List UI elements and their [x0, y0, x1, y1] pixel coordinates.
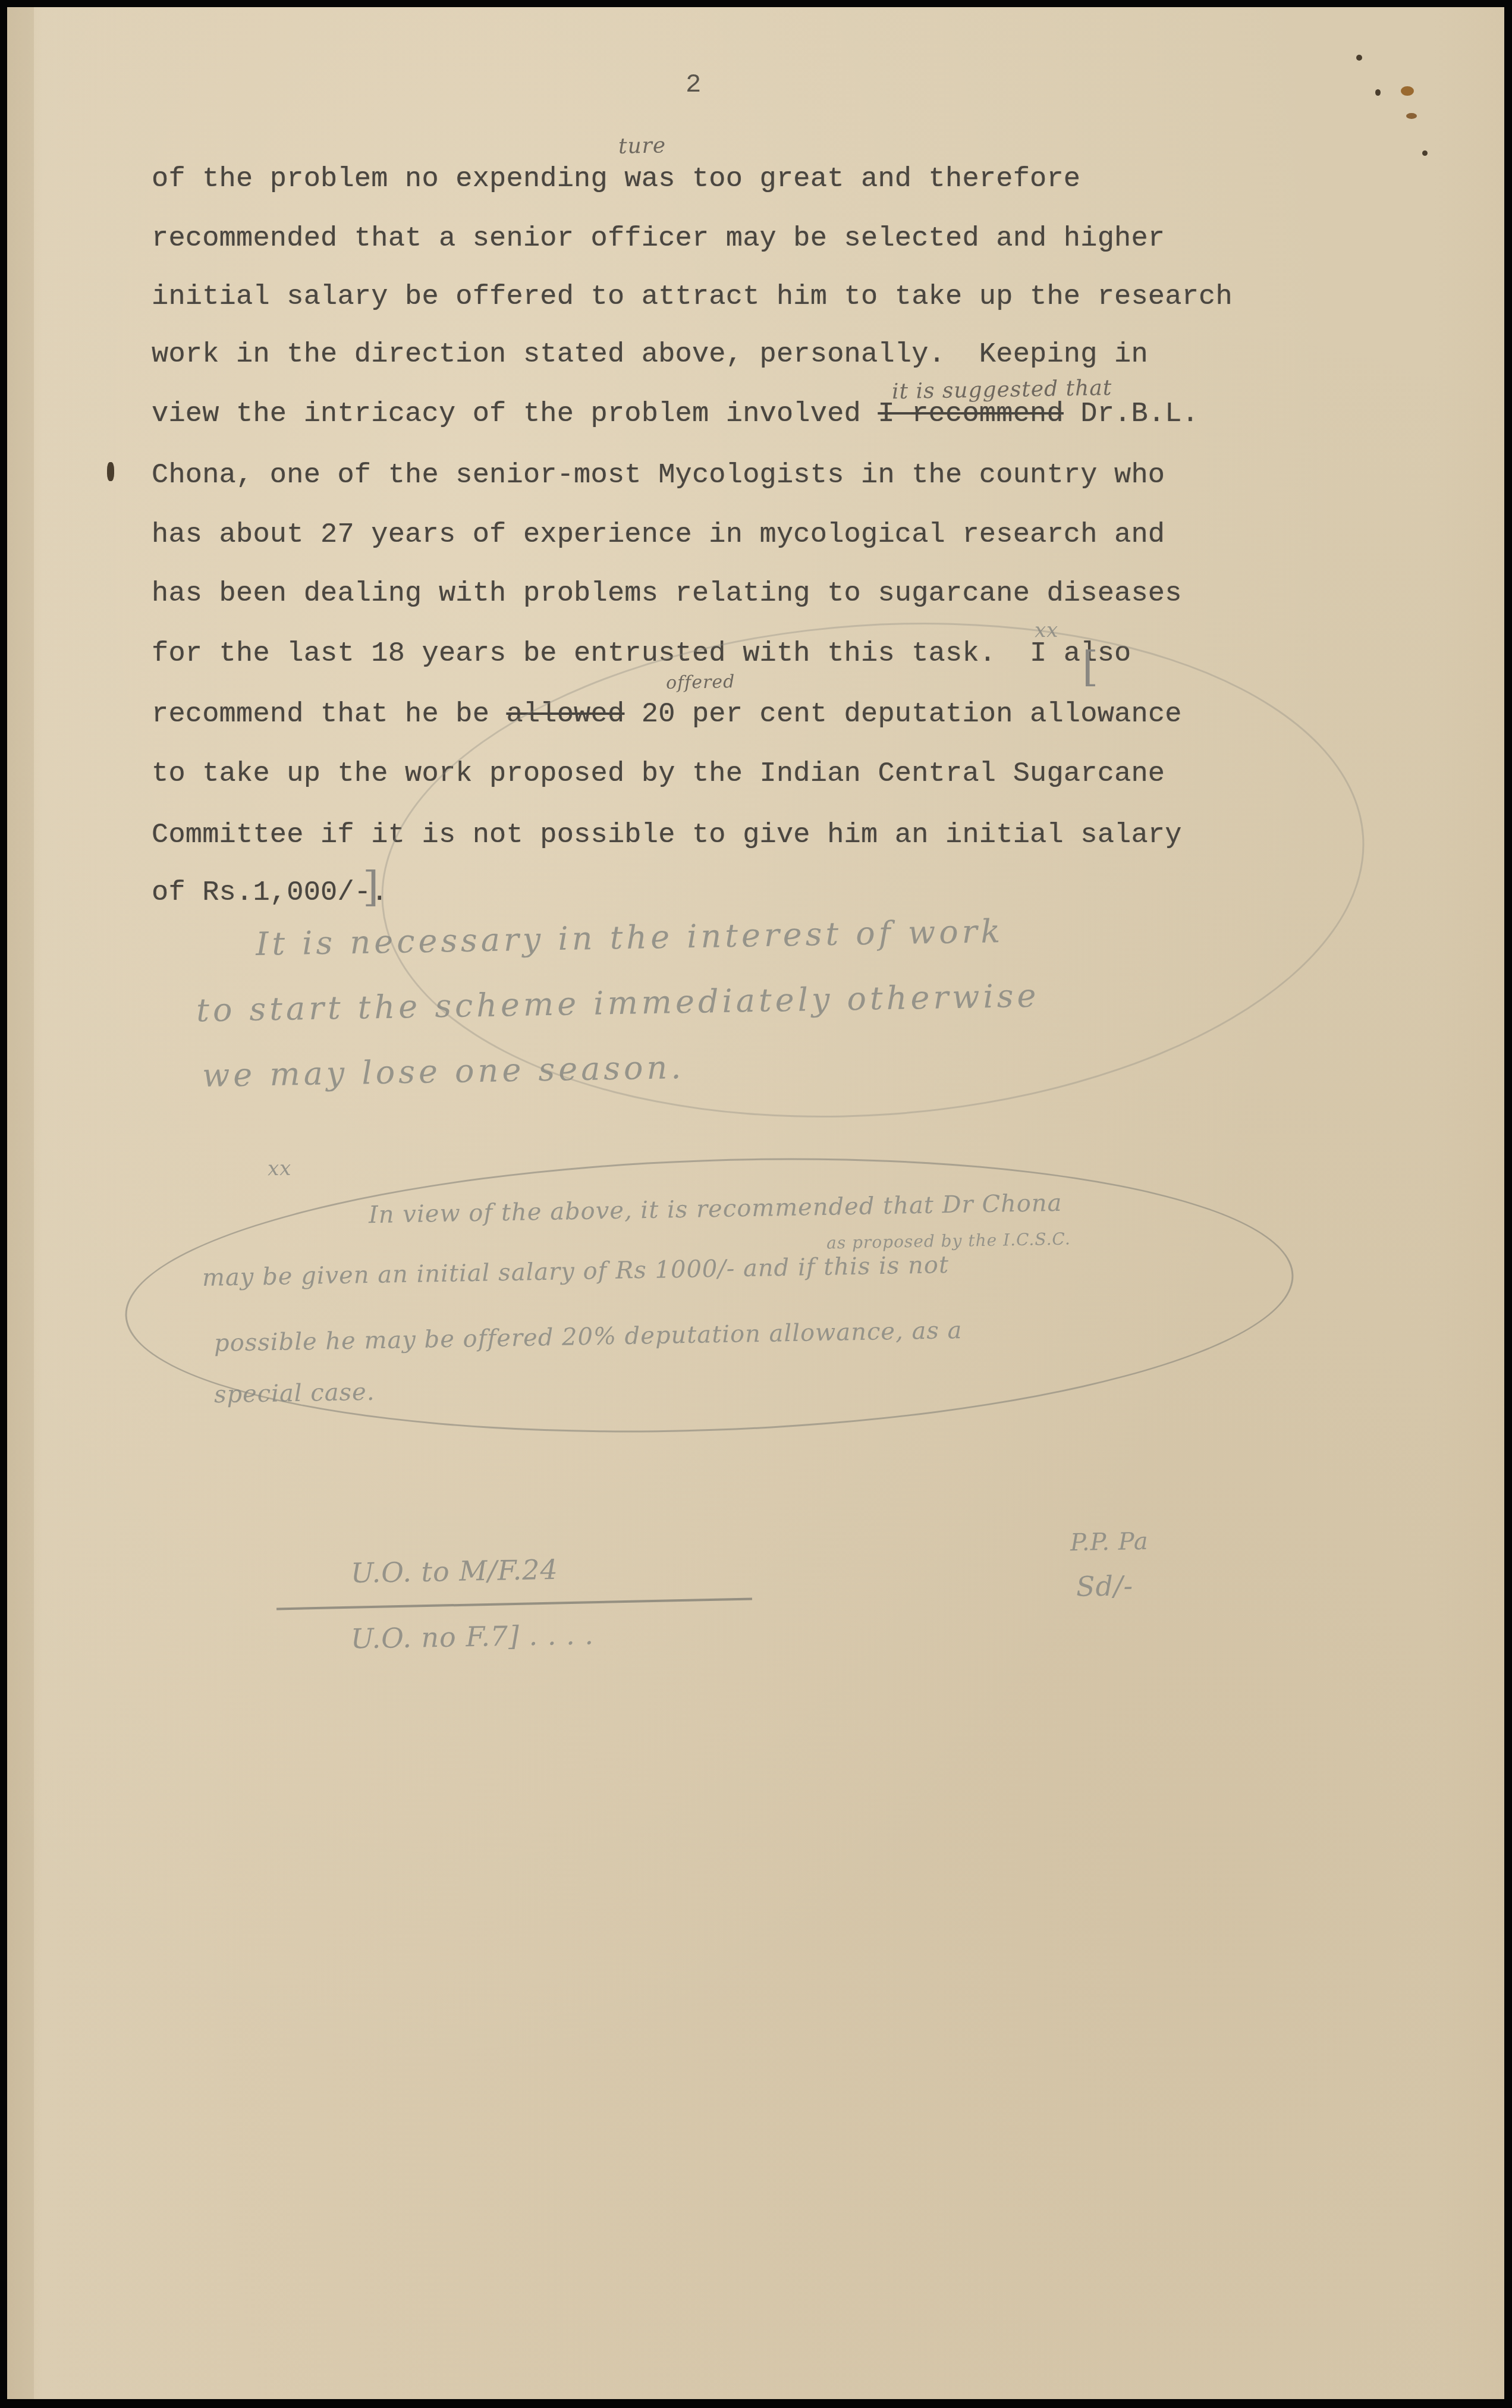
footer-note-left-1: U.O. to M/F.24 — [351, 1553, 559, 1589]
typed-text: Dr.B.L. — [1064, 398, 1199, 430]
typed-line-6: Chona, one of the senior-most Mycologist… — [152, 460, 1165, 491]
typed-line-13: of Rs.1,000/-. — [152, 877, 388, 909]
footer-note-right-1: P.P. Pa — [1070, 1528, 1149, 1556]
ink-spot — [1356, 55, 1362, 61]
handwritten-note-2-line-4: special case. — [214, 1379, 375, 1409]
typed-line-5: view the intricacy of the problem involv… — [152, 398, 1199, 430]
typed-line-8: has been dealing with problems relating … — [152, 578, 1182, 610]
typed-line-3: initial salary be offered to attract him… — [152, 281, 1233, 313]
footer-signature: Sd/- — [1076, 1569, 1134, 1603]
ink-spot — [1375, 89, 1381, 96]
footer-note-left-2: U.O. no F.7] . . . . — [351, 1618, 595, 1654]
typed-line-7: has about 27 years of experience in myco… — [152, 519, 1165, 551]
page-number: 2 — [686, 70, 701, 100]
typed-text: recommend that he be — [152, 699, 507, 730]
bracket-close: ] — [363, 862, 379, 911]
ink-spot — [1422, 150, 1428, 156]
ink-mark — [107, 462, 114, 481]
typed-line-1: of the problem no expending was too grea… — [152, 164, 1080, 195]
page-fold-shadow — [7, 7, 34, 2399]
rust-spot — [1406, 113, 1417, 119]
correction-it-is-suggested: it is suggested that — [892, 376, 1112, 404]
correction-ture: ture — [618, 133, 667, 158]
typed-line-4: work in the direction stated above, pers… — [152, 339, 1148, 371]
note-2-marker: xx — [268, 1157, 292, 1181]
rust-spot — [1401, 86, 1414, 96]
typed-text: view the intricacy of the problem involv… — [152, 398, 878, 430]
typed-line-2: recommended that a senior officer may be… — [152, 223, 1165, 255]
